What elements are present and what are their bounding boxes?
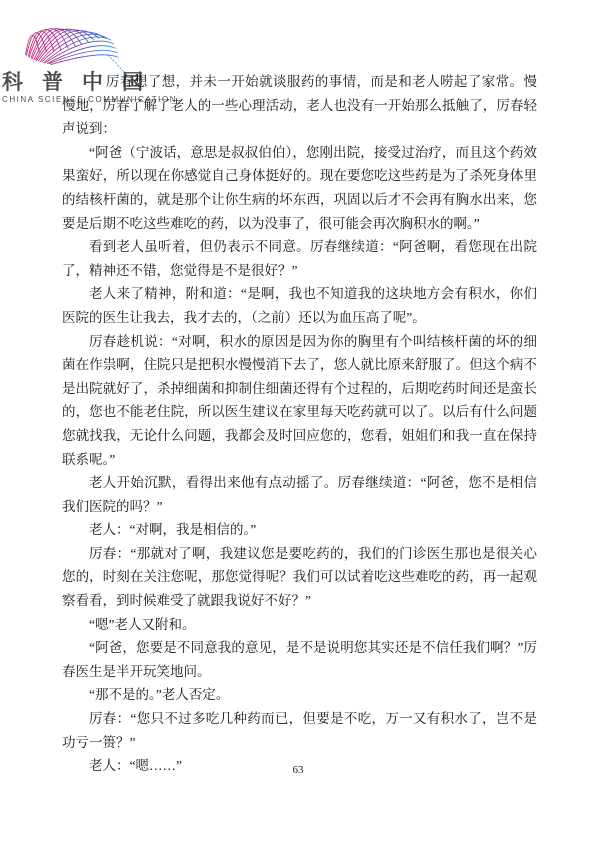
document-page: 科普中国 CHINA SCIENCE COMMUNICATION 厉春想了想，并…: [0, 0, 596, 842]
paragraph-7: 老人：“对啊，我是相信的。”: [62, 518, 537, 542]
logo-wave-icon: [12, 4, 128, 76]
document-body: 厉春想了想，并未一开始就谈服药的事情，而是和老人唠起了家常。慢慢地，厉春了解了老…: [62, 70, 537, 778]
page-number: 63: [0, 764, 596, 777]
paragraph-4: 老人来了精神，附和道：“是啊，我也不知道我的这块地方会有积水，你们医院的医生让我…: [62, 282, 537, 329]
paragraph-2: “阿爸（宁波话，意思是叔叔伯伯），您刚出院，接受过治疗，而且这个药效果蛮好，所以…: [62, 141, 537, 235]
paragraph-12: 厉春：“您只不过多吃几种药而已，但要是不吃，万一又有积水了，岂不是功亏一篑？”: [62, 707, 537, 754]
paragraph-9: “嗯”老人又附和。: [62, 613, 537, 637]
paragraph-1: 厉春想了想，并未一开始就谈服药的事情，而是和老人唠起了家常。慢慢地，厉春了解了老…: [62, 70, 537, 141]
paragraph-6: 老人开始沉默，看得出来他有点动摇了。厉春继续道：“阿爸，您不是相信我们医院的吗？…: [62, 471, 537, 518]
paragraph-11: “那不是的。”老人否定。: [62, 683, 537, 707]
paragraph-5: 厉春趁机说：“对啊，积水的原因是因为你的胸里有个叫结核杆菌的坏的细菌在作祟啊，住…: [62, 330, 537, 472]
paragraph-8: 厉春：“那就对了啊，我建议您是要吃药的，我们的门诊医生那也是很关心您的，时刻在关…: [62, 542, 537, 613]
paragraph-10: “阿爸，您要是不同意我的意见，是不是说明您其实还是不信任我们啊？”厉春医生是半开…: [62, 636, 537, 683]
paragraph-3: 看到老人虽听着，但仍表示不同意。厉春继续道：“阿爸啊，看您现在出院了，精神还不错…: [62, 235, 537, 282]
